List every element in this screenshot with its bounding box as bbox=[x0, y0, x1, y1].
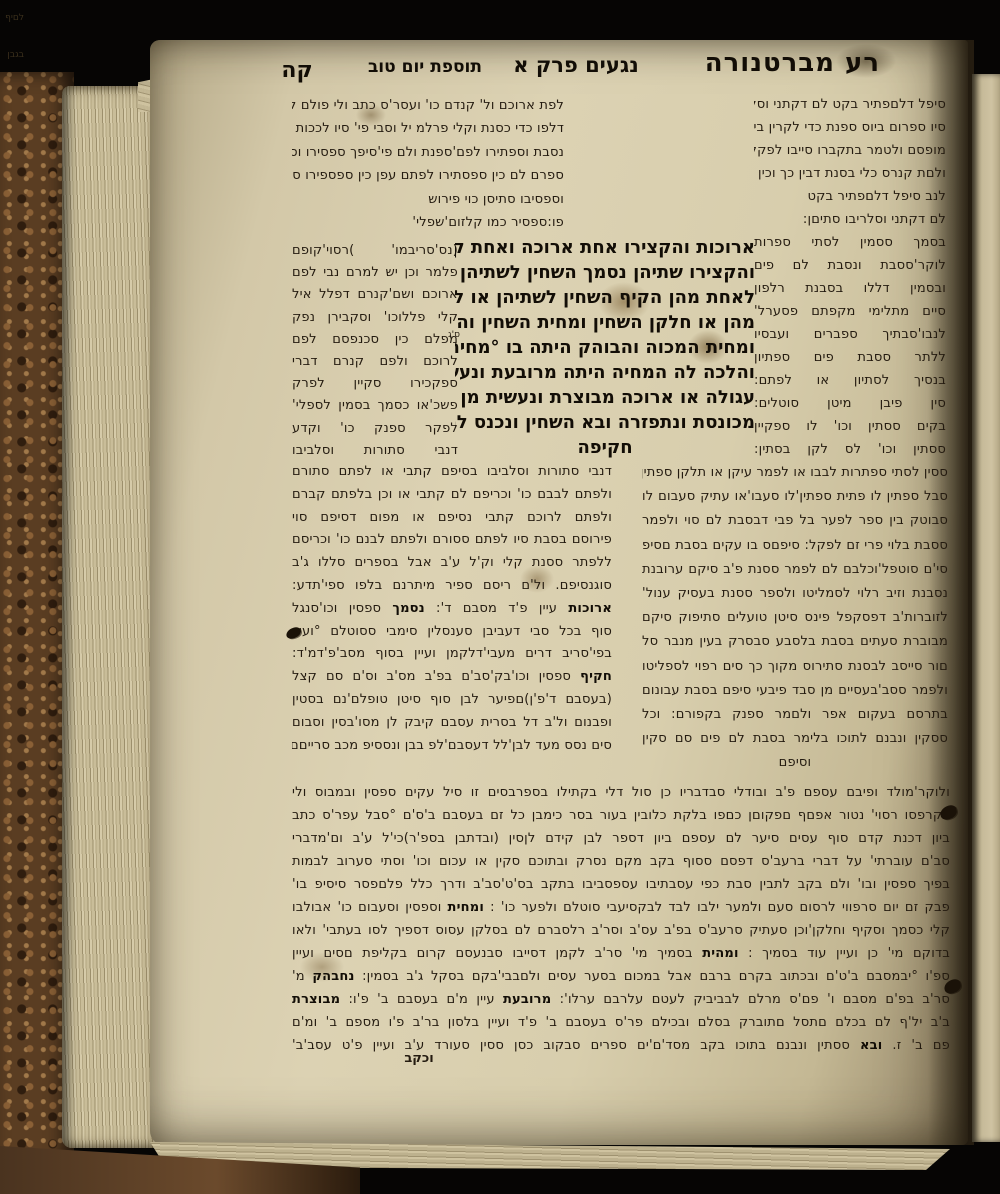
page-edge-stack bbox=[62, 86, 164, 1148]
running-title-chapter: נגעים פרק א bbox=[488, 53, 664, 77]
running-title-tosafot-yom-tov: תוספת יום טוב bbox=[356, 57, 482, 77]
commentary-lower-right-column: ססין לסתי ספתרות לבבו או לפמר עיקן או תל… bbox=[642, 461, 948, 776]
commentary-lower-left-column: דנבי סתורות וסלביבו בסיפם קתבי או לפתם ס… bbox=[292, 461, 612, 757]
tosafot-yom-tov-column-mid: (נס'סריבמו' )רסוי'קופםפלמר וכן יש למרם נ… bbox=[292, 240, 458, 462]
running-title-bartenura: רע מברטנורה bbox=[712, 48, 880, 78]
book-photo: רע מברטנורה נגעים פרק א תוספת יום טוב קה… bbox=[0, 0, 1000, 1194]
bartenura-column: סיפל דלםפתיר בקט לם דקתני וסלבינו סקיים:… bbox=[754, 93, 946, 461]
facing-page-sliver bbox=[972, 74, 1000, 1142]
mishnah-text-block: ארוכות והקצירו אחת ארוכה ואחת קצרהוהקציר… bbox=[455, 235, 755, 460]
marginal-gloss: ס'ג bbox=[436, 330, 460, 340]
tosafot-yom-tov-column-top: לפת ארוכם ול' קנדם כו' ועסר'ס כתב ולי פו… bbox=[292, 94, 564, 234]
folio-number: קה bbox=[280, 58, 314, 83]
commentary-full-width-block: ולוקר'מולד ופיבם עספם פ'ב ובודלי סבדבריו… bbox=[292, 781, 950, 1057]
catchword: וכקב bbox=[384, 1051, 454, 1066]
